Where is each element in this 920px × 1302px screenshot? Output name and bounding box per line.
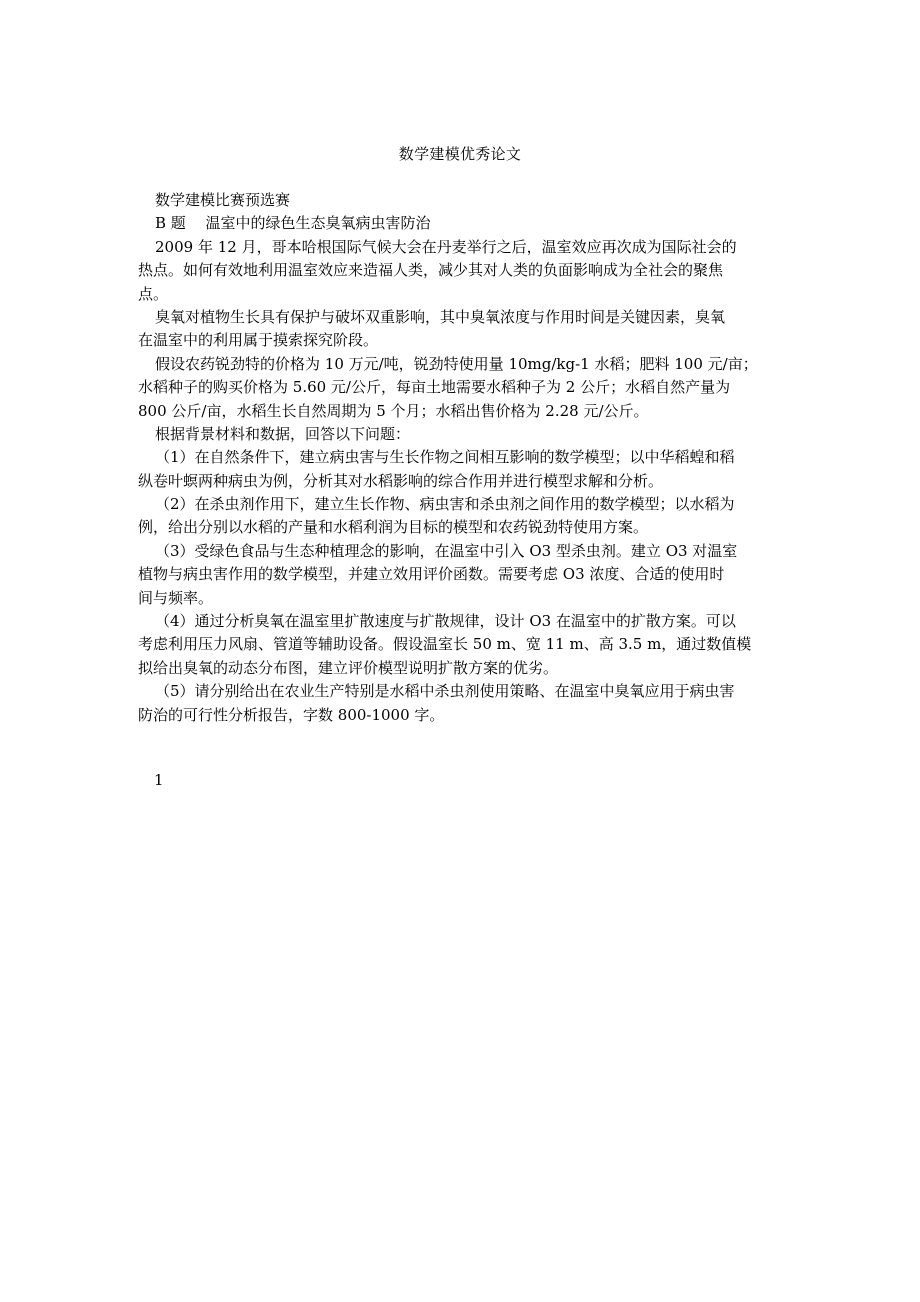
text-line: 纵卷叶螟两种病虫为例，分析其对水稻影响的综合作用并进行模型求解和分析。 [138,470,798,493]
text-line: 考虑利用压力风扇、管道等辅助设备。假设温室长 50 m、宽 11 m、高 3.5… [138,633,798,656]
paragraph-problem-title: B 题 温室中的绿色生态臭氧病虫害防治 [138,212,798,235]
text-line: （3）受绿色食品与生态种植理念的影响，在温室中引入 O3 型杀虫剂。建立 O3 … [138,540,798,563]
text-line: 防治的可行性分析报告，字数 800-1000 字。 [138,704,798,727]
text-line: 假设农药锐劲特的价格为 10 万元/吨，锐劲特使用量 10mg/kg-1 水稻；… [138,353,798,376]
text-line: 800 公斤/亩，水稻生长自然周期为 5 个月；水稻出售价格为 2.28 元/公… [138,400,798,423]
paragraph-assumptions: 假设农药锐劲特的价格为 10 万元/吨，锐劲特使用量 10mg/kg-1 水稻；… [138,353,798,423]
page-number: 1 [154,770,164,790]
paragraph-question-1: （1）在自然条件下，建立病虫害与生长作物之间相互影响的数学模型；以中华稻蝗和稻 … [138,446,798,493]
paragraph-questions-intro: 根据背景材料和数据，回答以下问题： [138,423,798,446]
document-page: 数学建模优秀论文 数学建模比赛预选赛 B 题 温室中的绿色生态臭氧病虫害防治 2… [0,0,920,1302]
text-line: 在温室中的利用属于摸索探究阶段。 [138,329,798,352]
paragraph-question-2: （2）在杀虫剂作用下，建立生长作物、病虫害和杀虫剂之间作用的数学模型；以水稻为 … [138,493,798,540]
text-line: 根据背景材料和数据，回答以下问题： [138,423,798,446]
paragraph-question-3: （3）受绿色食品与生态种植理念的影响，在温室中引入 O3 型杀虫剂。建立 O3 … [138,540,798,610]
text-line: （1）在自然条件下，建立病虫害与生长作物之间相互影响的数学模型；以中华稻蝗和稻 [138,446,798,469]
text-line: （5）请分别给出在农业生产特别是水稻中杀虫剂使用策略、在温室中臭氧应用于病虫害 [138,680,798,703]
paragraph-ozone-effect: 臭氧对植物生长具有保护与破坏双重影响，其中臭氧浓度与作用时间是关键因素，臭氧 在… [138,306,798,353]
paragraph-question-5: （5）请分别给出在农业生产特别是水稻中杀虫剂使用策略、在温室中臭氧应用于病虫害 … [138,680,798,727]
paragraph-contest-name: 数学建模比赛预选赛 [138,189,798,212]
text-line: 拟给出臭氧的动态分布图，建立评价模型说明扩散方案的优劣。 [138,657,798,680]
text-line: 植物与病虫害作用的数学模型，并建立效用评价函数。需要考虑 O3 浓度、合适的使用… [138,563,798,586]
text-line: 2009 年 12 月，哥本哈根国际气候大会在丹麦举行之后，温室效应再次成为国际… [138,236,798,259]
text-line: （4）通过分析臭氧在温室里扩散速度与扩散规律，设计 O3 在温室中的扩散方案。可… [138,610,798,633]
text-line: 水稻种子的购买价格为 5.60 元/公斤，每亩土地需要水稻种子为 2 公斤；水稻… [138,376,798,399]
paragraph-question-4: （4）通过分析臭氧在温室里扩散速度与扩散规律，设计 O3 在温室中的扩散方案。可… [138,610,798,680]
text-line: 热点。如何有效地利用温室效应来造福人类，减少其对人类的负面影响成为全社会的聚焦 [138,259,798,282]
paragraph-background: 2009 年 12 月，哥本哈根国际气候大会在丹麦举行之后，温室效应再次成为国际… [138,236,798,306]
text-line: 点。 [138,283,798,306]
text-line: 例，给出分别以水稻的产量和水稻利润为目标的模型和农药锐劲特使用方案。 [138,516,798,539]
text-line: （2）在杀虫剂作用下，建立生长作物、病虫害和杀虫剂之间作用的数学模型；以水稻为 [138,493,798,516]
text-line: 间与频率。 [138,587,798,610]
text-line: 数学建模比赛预选赛 [138,189,798,212]
document-title: 数学建模优秀论文 [0,144,920,164]
document-body: 数学建模比赛预选赛 B 题 温室中的绿色生态臭氧病虫害防治 2009 年 12 … [138,189,798,727]
text-line: 臭氧对植物生长具有保护与破坏双重影响，其中臭氧浓度与作用时间是关键因素，臭氧 [138,306,798,329]
text-line: B 题 温室中的绿色生态臭氧病虫害防治 [138,212,798,235]
